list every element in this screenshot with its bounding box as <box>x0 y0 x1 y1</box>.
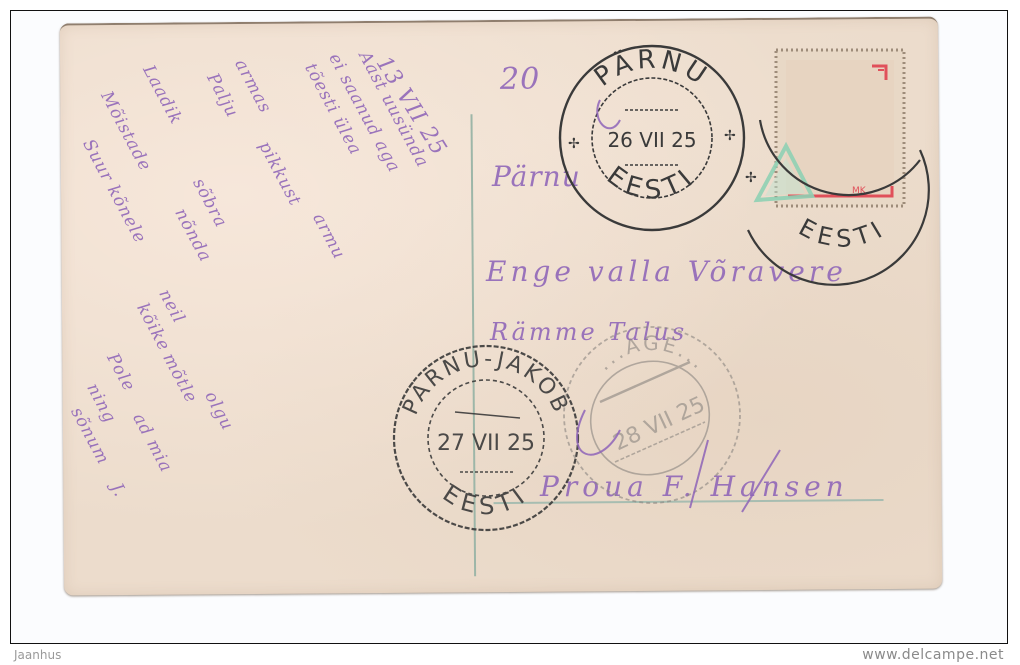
address-line-4: Proua F. Hansen <box>540 470 849 503</box>
address-line-2: Enge valla Võravere <box>486 255 847 288</box>
address-line-1: Pärnu <box>492 160 581 193</box>
site-watermark[interactable]: www.delcampe.net <box>862 647 1004 663</box>
photographer-credit: Jaanhus <box>14 648 61 662</box>
postcard <box>60 17 942 596</box>
address-line-3: Rämme Talus <box>490 318 687 346</box>
divider-line <box>470 114 475 576</box>
note-number: 20 <box>500 62 540 97</box>
